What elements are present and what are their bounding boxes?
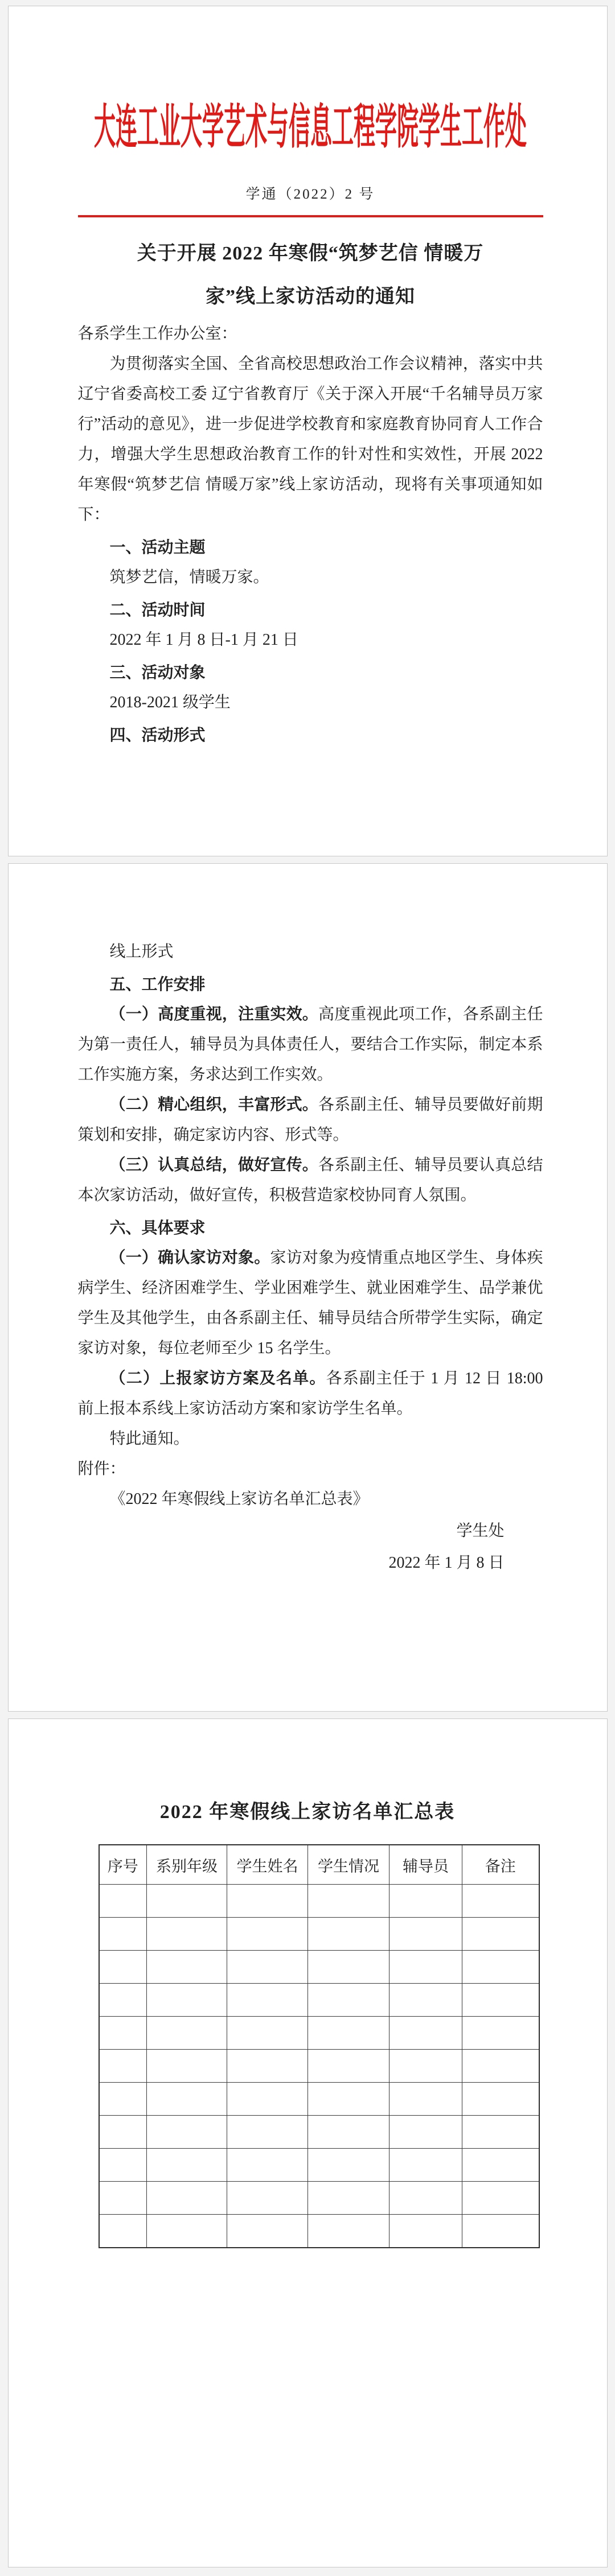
requirement-item-1: （一）确认家访对象。家访对象为疫情重点地区学生、身体疾病学生、经济困难学生、学业… xyxy=(78,1243,543,1363)
table-cell xyxy=(99,2017,147,2050)
section-heading-6: 六、具体要求 xyxy=(78,1213,543,1243)
table-cell xyxy=(308,2215,389,2248)
table-cell xyxy=(99,1918,147,1951)
page-1: 大连工业大学艺术与信息工程学院学生工作处 学通（2022）2 号 关于开展 20… xyxy=(8,6,608,856)
table-cell xyxy=(308,2182,389,2215)
table-cell xyxy=(462,1918,539,1951)
table-cell xyxy=(147,2149,227,2182)
table-row xyxy=(99,2182,539,2215)
masthead: 大连工业大学艺术与信息工程学院学生工作处 xyxy=(78,96,543,160)
doc-title-line2: 家”线上家访活动的通知 xyxy=(206,286,415,307)
page-2: 线上形式 五、工作安排 （一）高度重视，注重实效。高度重视此项工作，各系副主任为… xyxy=(8,863,608,1712)
table-cell xyxy=(147,2116,227,2149)
table-cell xyxy=(389,2182,462,2215)
table-cell xyxy=(227,1984,308,2017)
table-cell xyxy=(462,1951,539,1984)
work-item-3: （三）认真总结，做好宣传。各系副主任、辅导员要认真总结本次家访活动，做好宣传，积… xyxy=(78,1150,543,1210)
column-header-counselor: 辅导员 xyxy=(389,1845,462,1885)
column-header-remark: 备注 xyxy=(462,1845,539,1885)
salutation: 各系学生工作办公室： xyxy=(78,319,543,349)
sign-date: 2022 年 1 月 8 日 xyxy=(78,1548,505,1578)
table-row xyxy=(99,2149,539,2182)
table-cell xyxy=(308,2116,389,2149)
table-cell xyxy=(308,1951,389,1984)
table-cell xyxy=(308,2050,389,2083)
table-cell xyxy=(99,2050,147,2083)
table-row xyxy=(99,1984,539,2017)
signer: 学生处 xyxy=(78,1516,505,1546)
table-cell xyxy=(99,2116,147,2149)
work-item-2-lead: （二）精心组织，丰富形式。 xyxy=(110,1096,319,1114)
time-text: 2022 年 1 月 8 日-1 月 21 日 xyxy=(78,625,543,655)
table-cell xyxy=(227,2083,308,2116)
table-cell xyxy=(389,2083,462,2116)
table-cell xyxy=(227,1885,308,1918)
table-cell xyxy=(227,2116,308,2149)
document-canvas: 大连工业大学艺术与信息工程学院学生工作处 学通（2022）2 号 关于开展 20… xyxy=(0,0,615,2567)
intro-paragraph: 为贯彻落实全国、全省高校思想政治工作会议精神，落实中共辽宁省委高校工委 辽宁省教… xyxy=(78,349,543,530)
table-row xyxy=(99,2116,539,2149)
theme-text: 筑梦艺信，情暖万家。 xyxy=(78,562,543,592)
table-cell xyxy=(462,1984,539,2017)
table-cell xyxy=(308,1984,389,2017)
table-cell xyxy=(99,2149,147,2182)
target-text: 2018-2021 级学生 xyxy=(78,687,543,718)
attachment-table: 序号 系别年级 学生姓名 学生情况 辅导员 备注 xyxy=(99,1844,540,2248)
table-cell xyxy=(99,2182,147,2215)
requirement-item-2: （二）上报家访方案及名单。各系副主任于 1 月 12 日 18:00 前上报本系… xyxy=(78,1363,543,1424)
table-cell xyxy=(99,2215,147,2248)
attachment-label: 附件： xyxy=(78,1454,543,1484)
table-cell xyxy=(227,1951,308,1984)
page-3: 2022 年寒假线上家访名单汇总表 序号 系别年级 学生姓名 学生情况 辅导员 … xyxy=(8,1718,608,2567)
table-cell xyxy=(147,2050,227,2083)
table-row xyxy=(99,1885,539,1918)
red-rule xyxy=(78,215,543,217)
table-row xyxy=(99,2083,539,2116)
attachment-table-title: 2022 年寒假线上家访名单汇总表 xyxy=(9,1799,607,1826)
work-item-1: （一）高度重视，注重实效。高度重视此项工作，各系副主任为第一责任人，辅导员为具体… xyxy=(78,999,543,1090)
table-cell xyxy=(227,2050,308,2083)
table-cell xyxy=(99,1984,147,2017)
table-cell xyxy=(389,2050,462,2083)
table-cell xyxy=(462,1885,539,1918)
table-cell xyxy=(227,2149,308,2182)
table-cell xyxy=(389,1951,462,1984)
table-cell xyxy=(462,2182,539,2215)
table-cell xyxy=(147,1984,227,2017)
table-cell xyxy=(462,2017,539,2050)
table-cell xyxy=(308,1885,389,1918)
table-cell xyxy=(389,2017,462,2050)
table-cell xyxy=(389,1885,462,1918)
table-cell xyxy=(147,2017,227,2050)
table-cell xyxy=(462,2149,539,2182)
table-cell xyxy=(99,2083,147,2116)
column-header-dept-grade: 系别年级 xyxy=(147,1845,227,1885)
section-heading-2: 二、活动时间 xyxy=(78,595,543,625)
table-cell xyxy=(389,1984,462,2017)
signature-block: 学生处 2022 年 1 月 8 日 xyxy=(78,1516,543,1578)
masthead-text: 大连工业大学艺术与信息工程学院学生工作处 xyxy=(94,58,527,198)
section-heading-4: 四、活动形式 xyxy=(78,720,543,750)
table-cell xyxy=(147,2083,227,2116)
table-row xyxy=(99,1951,539,1984)
table-cell xyxy=(99,1951,147,1984)
doc-title: 关于开展 2022 年寒假“筑梦艺信 情暖万 家”线上家访活动的通知 xyxy=(78,232,543,319)
work-item-1-lead: （一）高度重视，注重实效。 xyxy=(110,1005,319,1023)
table-cell xyxy=(308,1918,389,1951)
attachment-table-body xyxy=(99,1885,539,2248)
section-heading-3: 三、活动对象 xyxy=(78,657,543,687)
table-cell xyxy=(227,2215,308,2248)
table-cell xyxy=(389,2215,462,2248)
table-cell xyxy=(389,1918,462,1951)
table-cell xyxy=(462,2116,539,2149)
table-cell xyxy=(147,1918,227,1951)
table-cell xyxy=(308,2017,389,2050)
table-cell xyxy=(389,2116,462,2149)
doc-title-line1: 关于开展 2022 年寒假“筑梦艺信 情暖万 xyxy=(137,243,484,264)
attachment-name: 《2022 年寒假线上家访名单汇总表》 xyxy=(78,1484,543,1514)
column-header-seq: 序号 xyxy=(99,1845,147,1885)
table-row xyxy=(99,1918,539,1951)
table-cell xyxy=(147,1951,227,1984)
table-cell xyxy=(147,2182,227,2215)
table-cell xyxy=(308,2083,389,2116)
table-cell xyxy=(227,1918,308,1951)
table-cell xyxy=(227,2182,308,2215)
table-row xyxy=(99,2050,539,2083)
form-text: 线上形式 xyxy=(78,937,543,967)
section-heading-1: 一、活动主题 xyxy=(78,532,543,562)
column-header-student-name: 学生姓名 xyxy=(227,1845,308,1885)
table-cell xyxy=(462,2050,539,2083)
table-cell xyxy=(308,2149,389,2182)
table-row xyxy=(99,2215,539,2248)
closing-text: 特此通知。 xyxy=(78,1424,543,1454)
requirement-item-1-lead: （一）确认家访对象。 xyxy=(110,1249,270,1267)
table-cell xyxy=(462,2215,539,2248)
table-cell xyxy=(147,1885,227,1918)
section-heading-5: 五、工作安排 xyxy=(78,969,543,999)
table-row xyxy=(99,2017,539,2050)
work-item-2: （二）精心组织，丰富形式。各系副主任、辅导员要做好前期策划和安排，确定家访内容、… xyxy=(78,1090,543,1150)
table-cell xyxy=(227,2017,308,2050)
requirement-item-2-lead: （二）上报家访方案及名单。 xyxy=(110,1370,326,1387)
column-header-student-situation: 学生情况 xyxy=(308,1845,389,1885)
table-cell xyxy=(462,2083,539,2116)
table-cell xyxy=(99,1885,147,1918)
table-cell xyxy=(147,2215,227,2248)
work-item-3-lead: （三）认真总结，做好宣传。 xyxy=(110,1156,319,1174)
table-cell xyxy=(389,2149,462,2182)
table-header-row: 序号 系别年级 学生姓名 学生情况 辅导员 备注 xyxy=(99,1845,539,1885)
